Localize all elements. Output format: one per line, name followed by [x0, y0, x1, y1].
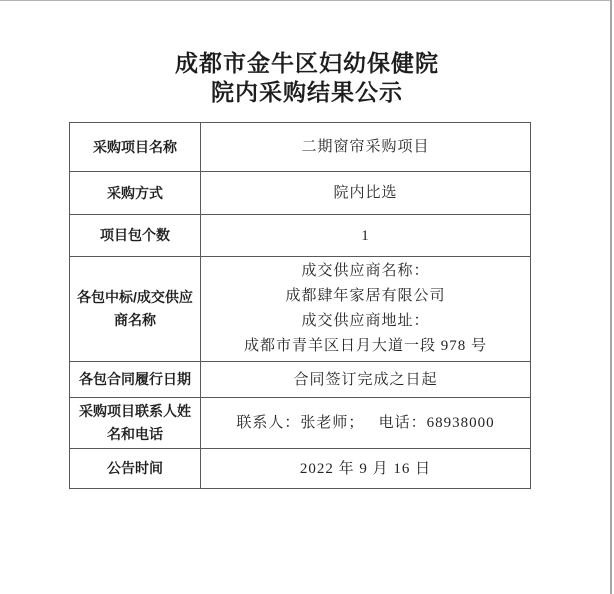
document-title-line2: 院内采购结果公示 — [0, 78, 614, 107]
supplier-name-label: 成交供应商名称： — [205, 259, 526, 284]
supplier-address: 成都市青羊区日月大道一段 978 号 — [205, 334, 526, 359]
table-row-contract-period: 各包合同履行日期 合同签订完成之日起 — [70, 362, 531, 398]
row-value-cell: 成交供应商名称： 成都肆年家居有限公司 成交供应商地址： 成都市青羊区日月大道一… — [201, 257, 531, 362]
row-label-cell: 项目包个数 — [70, 215, 201, 257]
table-row-contact-info: 采购项目联系人姓名和电话 联系人：张老师； 电话：68938000 — [70, 398, 531, 449]
row-value: 二期窗帘采购项目 — [205, 135, 526, 159]
row-label: 公告时间 — [107, 460, 163, 476]
table-row-winning-supplier: 各包中标/成交供应商名称 成交供应商名称： 成都肆年家居有限公司 成交供应商地址… — [70, 257, 531, 362]
table-row-package-count: 项目包个数 1 — [70, 215, 531, 257]
row-label-cell: 采购项目联系人姓名和电话 — [70, 398, 201, 449]
procurement-result-table: 采购项目名称 二期窗帘采购项目 采购方式 院内比选 项目包个数 — [69, 122, 531, 489]
announcement-date: 2022 年 9 月 16 日 — [205, 457, 526, 481]
row-label-cell: 采购项目名称 — [70, 123, 201, 172]
row-label: 项目包个数 — [100, 227, 170, 243]
row-label: 采购方式 — [107, 185, 163, 201]
row-label-cell: 各包中标/成交供应商名称 — [70, 257, 201, 362]
row-value-cell: 院内比选 — [201, 172, 531, 215]
row-value-cell: 合同签订完成之日起 — [201, 362, 531, 398]
scan-artifact-top-line — [0, 0, 611, 1]
row-value: 院内比选 — [205, 181, 526, 205]
table-row-procurement-method: 采购方式 院内比选 — [70, 172, 531, 215]
row-value: 1 — [205, 224, 526, 248]
table-row-announcement-date: 公告时间 2022 年 9 月 16 日 — [70, 449, 531, 489]
row-label-cell: 采购方式 — [70, 172, 201, 215]
row-value-cell: 2022 年 9 月 16 日 — [201, 449, 531, 489]
row-label-cell: 公告时间 — [70, 449, 201, 489]
document-title: 成都市金牛区妇幼保健院 院内采购结果公示 — [0, 49, 614, 107]
row-label: 采购项目联系人姓名和电话 — [79, 403, 191, 442]
supplier-name: 成都肆年家居有限公司 — [205, 284, 526, 309]
row-label: 各包合同履行日期 — [79, 371, 191, 387]
row-label-cell: 各包合同履行日期 — [70, 362, 201, 398]
supplier-address-label: 成交供应商地址： — [205, 309, 526, 334]
row-value-cell: 联系人：张老师； 电话：68938000 — [201, 398, 531, 449]
row-label: 各包中标/成交供应商名称 — [77, 289, 193, 328]
document-title-line1: 成都市金牛区妇幼保健院 — [0, 49, 614, 78]
scanned-document-page: 成都市金牛区妇幼保健院 院内采购结果公示 采购项目名称 二期窗帘采购项目 采购方… — [0, 0, 614, 594]
row-value-cell: 1 — [201, 215, 531, 257]
table-row-project-name: 采购项目名称 二期窗帘采购项目 — [70, 123, 531, 172]
contact-and-phone: 联系人：张老师； 电话：68938000 — [205, 411, 526, 435]
row-value-cell: 二期窗帘采购项目 — [201, 123, 531, 172]
row-label: 采购项目名称 — [93, 139, 177, 155]
row-value: 合同签订完成之日起 — [205, 368, 526, 392]
